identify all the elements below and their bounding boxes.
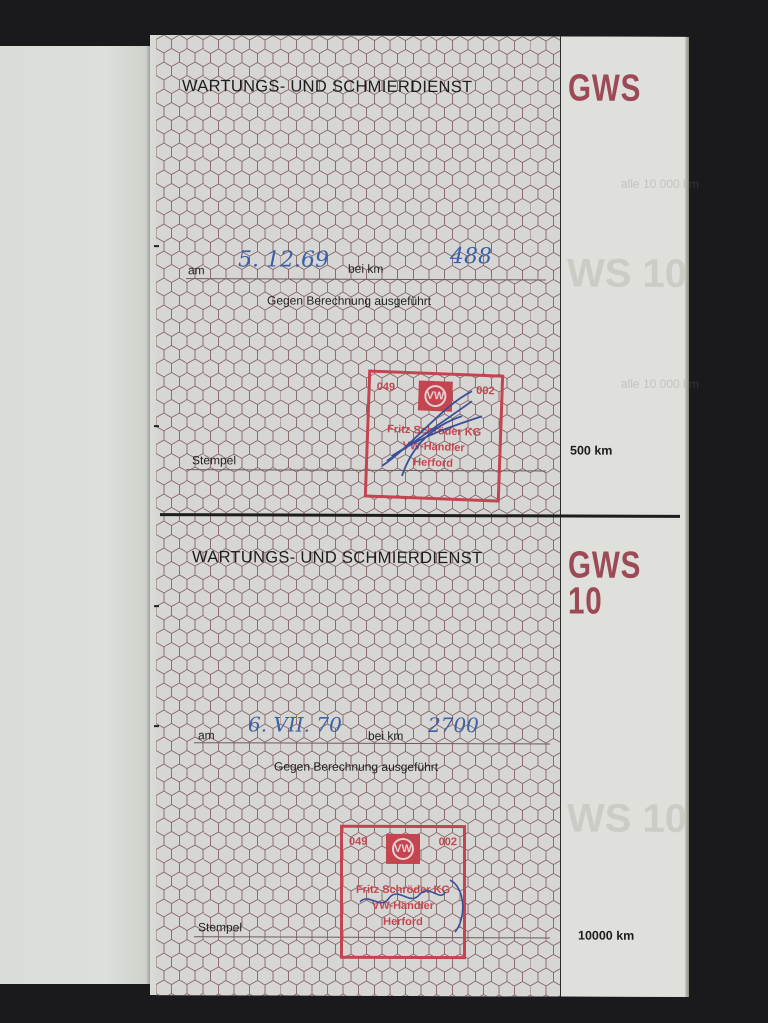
service-entry-500km: WARTUNGS- UND SCHMIERDIENST GWS am 5. 12… (150, 35, 688, 515)
date-value-handwritten[interactable]: 5. 12.69 (238, 247, 329, 272)
service-code-line1: GWS (568, 71, 641, 107)
stamp-number-left: 049 (376, 381, 395, 394)
service-entry-10000km: WARTUNGS- UND SCHMIERDIENST GWS 10 am 6.… (150, 516, 688, 997)
stamp-number-left: 049 (349, 836, 367, 848)
vw-logo-icon: VW (386, 834, 420, 864)
service-code-line2: 10 (568, 584, 641, 620)
stamp-number-right: 002 (439, 836, 457, 848)
billing-note: Gegen Berechnung ausgeführt (274, 759, 438, 774)
entry-rule (186, 278, 546, 280)
stamp-dealer-name: Fritz Schröder KG (343, 882, 463, 898)
service-code: GWS 10 (568, 548, 641, 620)
billing-note: Gegen Berechnung ausgeführt (267, 293, 431, 308)
date-label: am (198, 728, 215, 742)
section-title: WARTUNGS- UND SCHMIERDIENST (182, 77, 472, 97)
service-code: GWS (568, 71, 641, 107)
stamp-dealer-type: VW-Händler (343, 898, 463, 914)
service-page: WS 10 alle 10 000 km alle 10 000 km WS 1… (150, 35, 688, 997)
interval-km: 500 km (570, 444, 612, 458)
service-code-line1: GWS (568, 548, 641, 584)
entry-rule (194, 742, 550, 744)
left-page-blank (0, 46, 152, 984)
section-title: WARTUNGS- UND SCHMIERDIENST (192, 548, 482, 568)
km-label: bei km (348, 262, 383, 276)
km-value-handwritten[interactable]: 2700 (428, 713, 479, 737)
dealer-stamp: 049 VW 002 Fritz Schröder KG VW-Händler … (340, 825, 466, 959)
interval-km: 10000 km (578, 929, 634, 943)
stamp-number-right: 002 (476, 385, 495, 398)
date-value-handwritten[interactable]: 6. VII. 70 (248, 712, 342, 736)
stamp-dealer-city: Herford (343, 914, 463, 930)
stamp-label: Stempel (198, 920, 242, 934)
vw-logo-text: VW (424, 385, 447, 408)
date-label: am (188, 263, 205, 277)
dealer-stamp: 049 VW 002 Fritz Schröder KG VW-Händler … (364, 369, 504, 502)
vw-logo-icon: VW (418, 380, 453, 411)
km-value-handwritten[interactable]: 488 (450, 244, 492, 269)
km-label: bei km (368, 729, 403, 743)
vw-logo-text: VW (392, 838, 414, 860)
stamp-label: Stempel (192, 453, 236, 467)
